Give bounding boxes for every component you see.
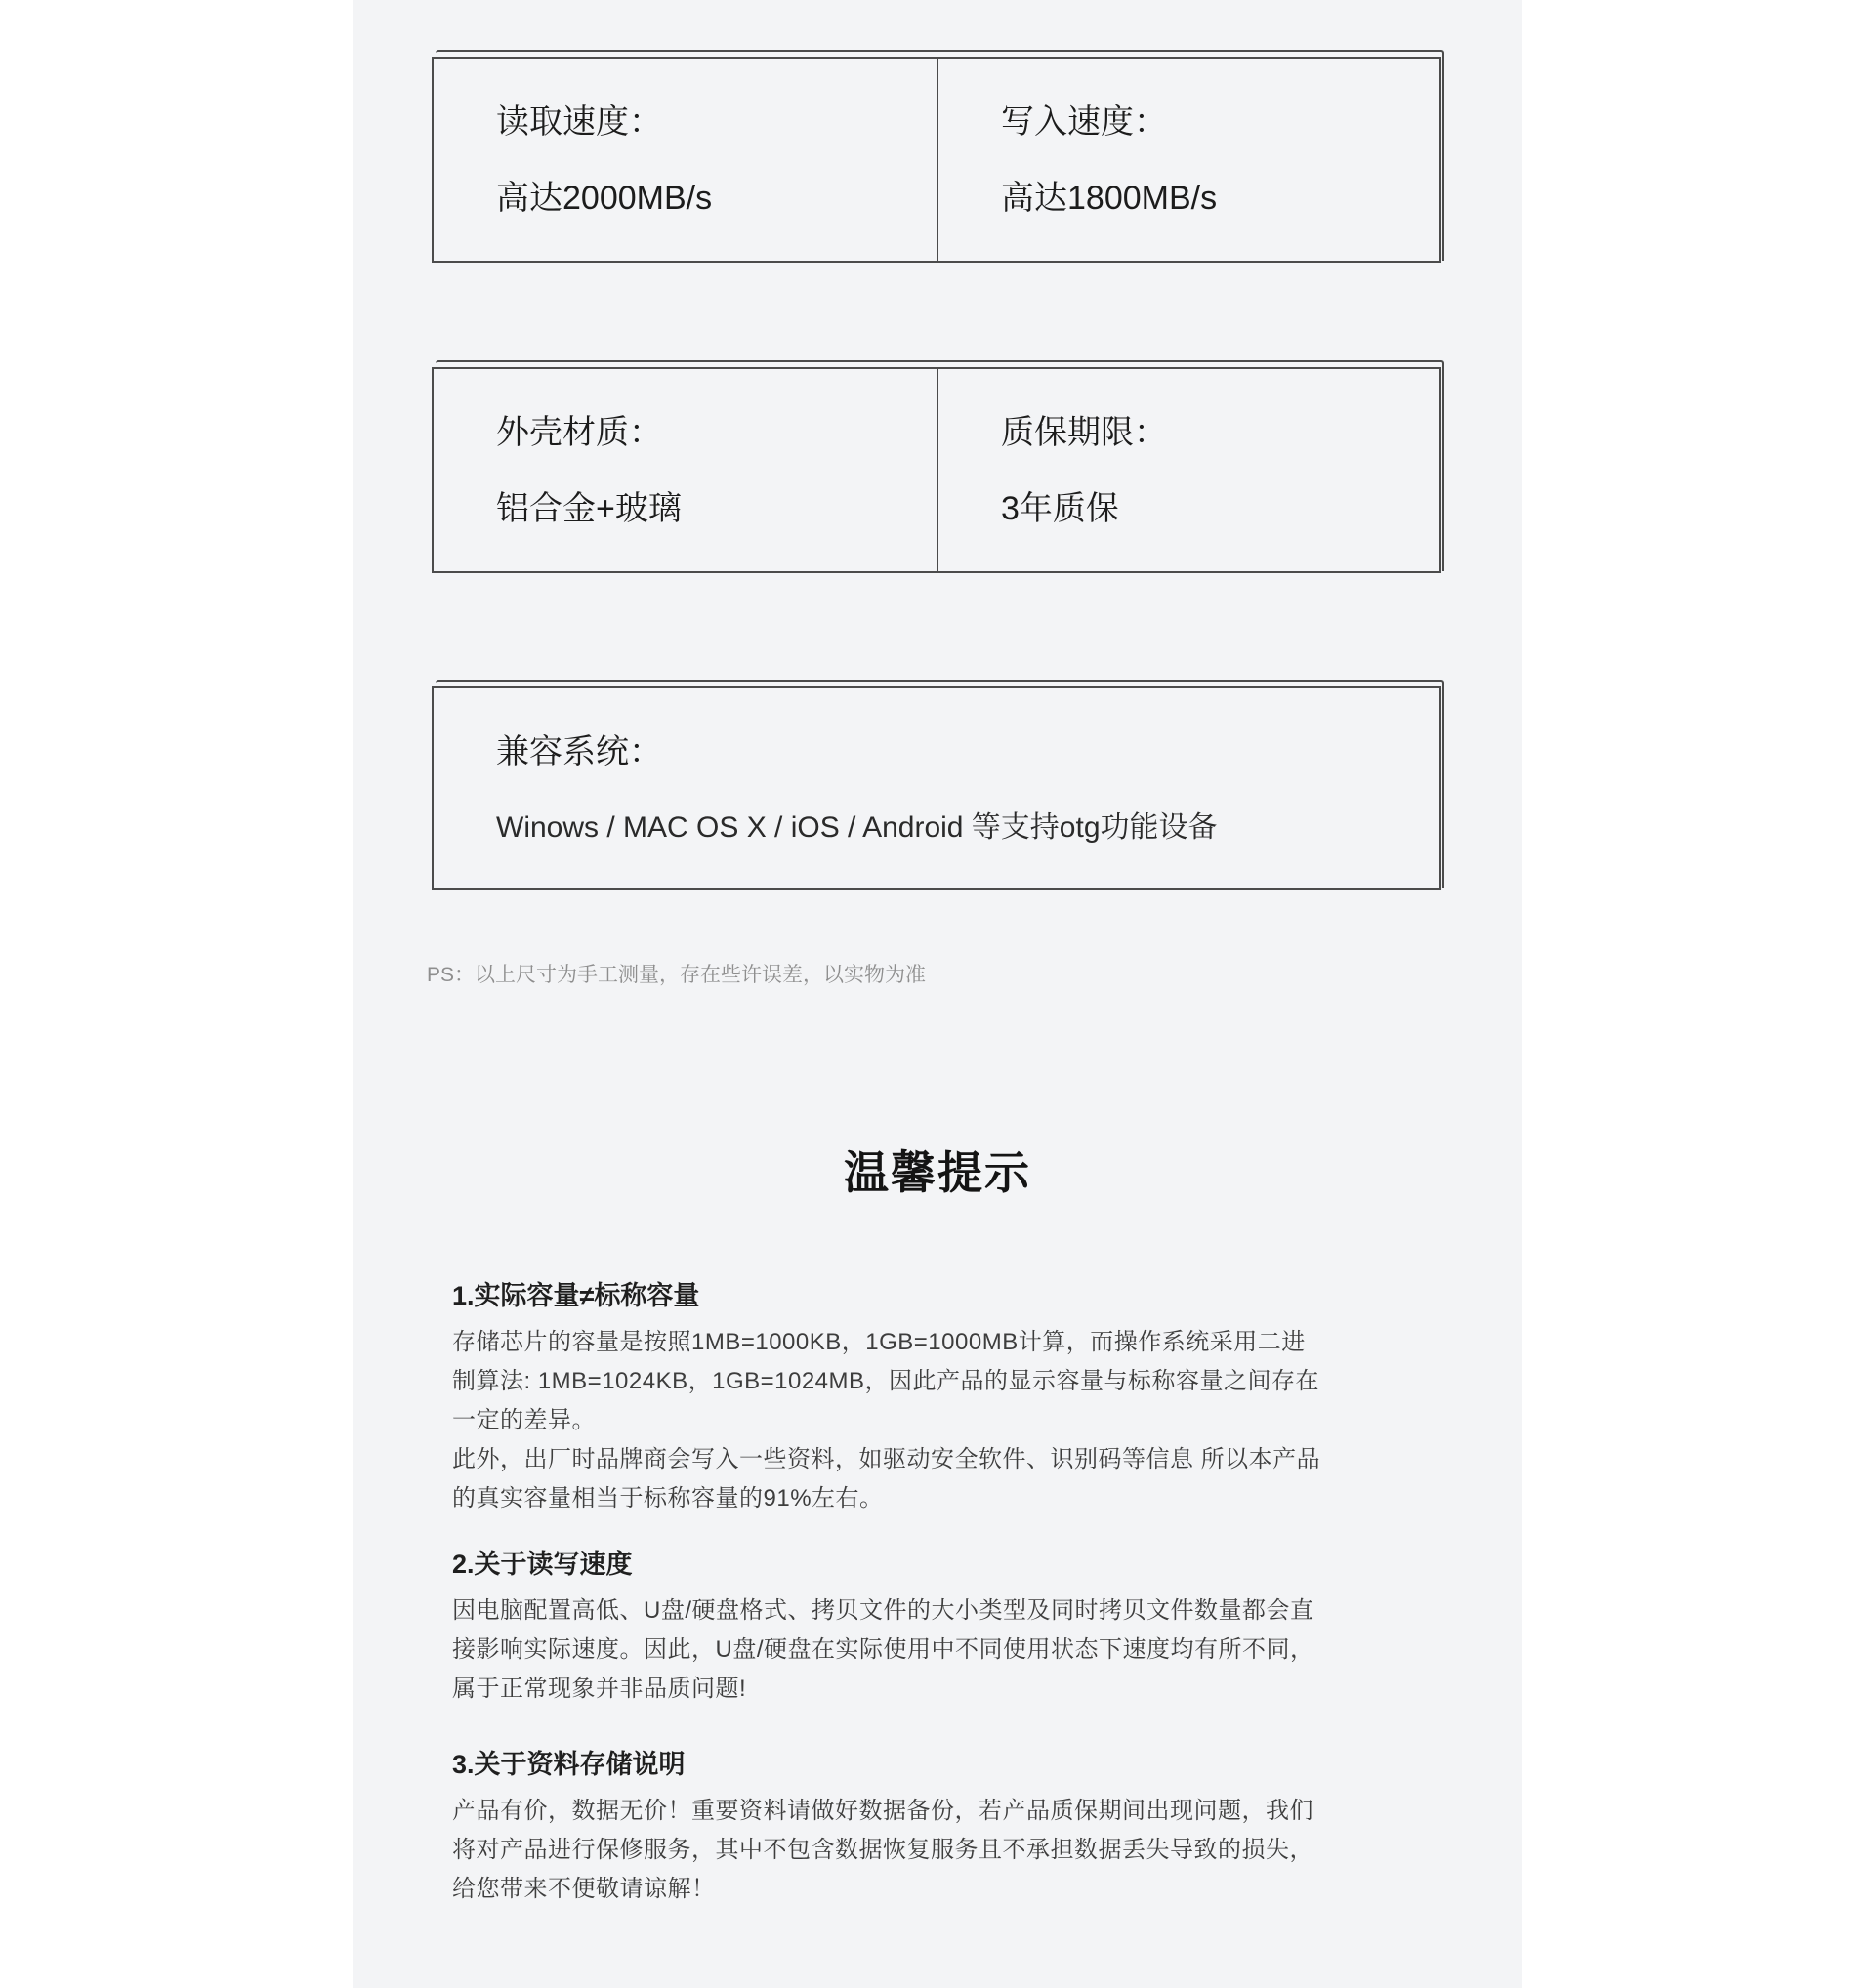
tip-text-line: 产品有价，数据无价！重要资料请做好数据备份，若产品质保期间出现问题，我们 (452, 1792, 1438, 1831)
read-speed-value: 高达2000MB/s (496, 178, 917, 219)
tip-text-line: 一定的差异。 (452, 1401, 1438, 1440)
read-speed-label: 读取速度： (496, 102, 917, 143)
tips-sections: 1.实际容量≠标称容量 存储芯片的容量是按照1MB=1000KB，1GB=100… (452, 1279, 1438, 1909)
compatibility-value: Winows / MAC OS X / iOS / Android 等支持otg… (496, 809, 1420, 847)
material-label: 外壳材质： (496, 412, 917, 453)
spec-cell-compatibility: 兼容系统： Winows / MAC OS X / iOS / Android … (434, 688, 1439, 888)
material-value: 铝合金+玻璃 (496, 488, 917, 529)
tip-text-line: 的真实容量相当于标称容量的91%左右。 (452, 1479, 1438, 1518)
tip-text-line: 因电脑配置高低、U盘/硬盘格式、拷贝文件的大小类型及同时拷贝文件数量都会直 (452, 1592, 1438, 1631)
write-speed-label: 写入速度： (1001, 102, 1420, 143)
tip-heading-capacity: 1.实际容量≠标称容量 (452, 1279, 1438, 1312)
spec-cell-write-speed: 写入速度： 高达1800MB/s (937, 59, 1439, 261)
tip-text-line: 此外，出厂时品牌商会写入一些资料，如驱动安全软件、识别码等信息 所以本产品 (452, 1440, 1438, 1479)
warranty-value: 3年质保 (1001, 488, 1420, 529)
compatibility-label: 兼容系统： (496, 731, 1420, 772)
tip-section-data-storage: 3.关于资料存储说明 产品有价，数据无价！重要资料请做好数据备份，若产品质保期间… (452, 1748, 1438, 1909)
spec-cell-read-speed: 读取速度： 高达2000MB/s (434, 59, 937, 261)
spec-box-compatibility: 兼容系统： Winows / MAC OS X / iOS / Android … (432, 686, 1441, 890)
tip-heading-speed: 2.关于读写速度 (452, 1548, 1438, 1581)
warranty-label: 质保期限： (1001, 412, 1420, 453)
tip-text-line: 接影响实际速度。因此，U盘/硬盘在实际使用中不同使用状态下速度均有所不同， (452, 1631, 1438, 1670)
tip-text-line: 制算法: 1MB=1024KB，1GB=1024MB，因此产品的显示容量与标称容… (452, 1362, 1438, 1401)
tip-text-line: 将对产品进行保修服务，其中不包含数据恢复服务且不承担数据丢失导致的损失， (452, 1831, 1438, 1870)
write-speed-value: 高达1800MB/s (1001, 178, 1420, 219)
tip-heading-data-storage: 3.关于资料存储说明 (452, 1748, 1438, 1781)
spec-box-material-warranty: 外壳材质： 铝合金+玻璃 质保期限： 3年质保 (432, 367, 1441, 573)
tip-text-line: 存储芯片的容量是按照1MB=1000KB，1GB=1000MB计算，而操作系统采… (452, 1323, 1438, 1362)
ps-measurement-note: PS：以上尺寸为手工测量，存在些许误差，以实物为准 (427, 963, 1522, 988)
tips-title: 温馨提示 (353, 1147, 1522, 1198)
tip-text-line: 属于正常现象并非品质问题! (452, 1670, 1438, 1709)
tip-section-capacity: 1.实际容量≠标称容量 存储芯片的容量是按照1MB=1000KB，1GB=100… (452, 1279, 1438, 1518)
spec-box-speed: 读取速度： 高达2000MB/s 写入速度： 高达1800MB/s (432, 57, 1441, 263)
spec-cell-material: 外壳材质： 铝合金+玻璃 (434, 369, 937, 571)
tip-section-speed: 2.关于读写速度 因电脑配置高低、U盘/硬盘格式、拷贝文件的大小类型及同时拷贝文… (452, 1548, 1438, 1709)
tip-text-line: 给您带来不便敬请谅解！ (452, 1870, 1438, 1909)
spec-cell-warranty: 质保期限： 3年质保 (937, 369, 1439, 571)
product-detail-panel: 读取速度： 高达2000MB/s 写入速度： 高达1800MB/s 外壳材质： … (353, 0, 1522, 1988)
